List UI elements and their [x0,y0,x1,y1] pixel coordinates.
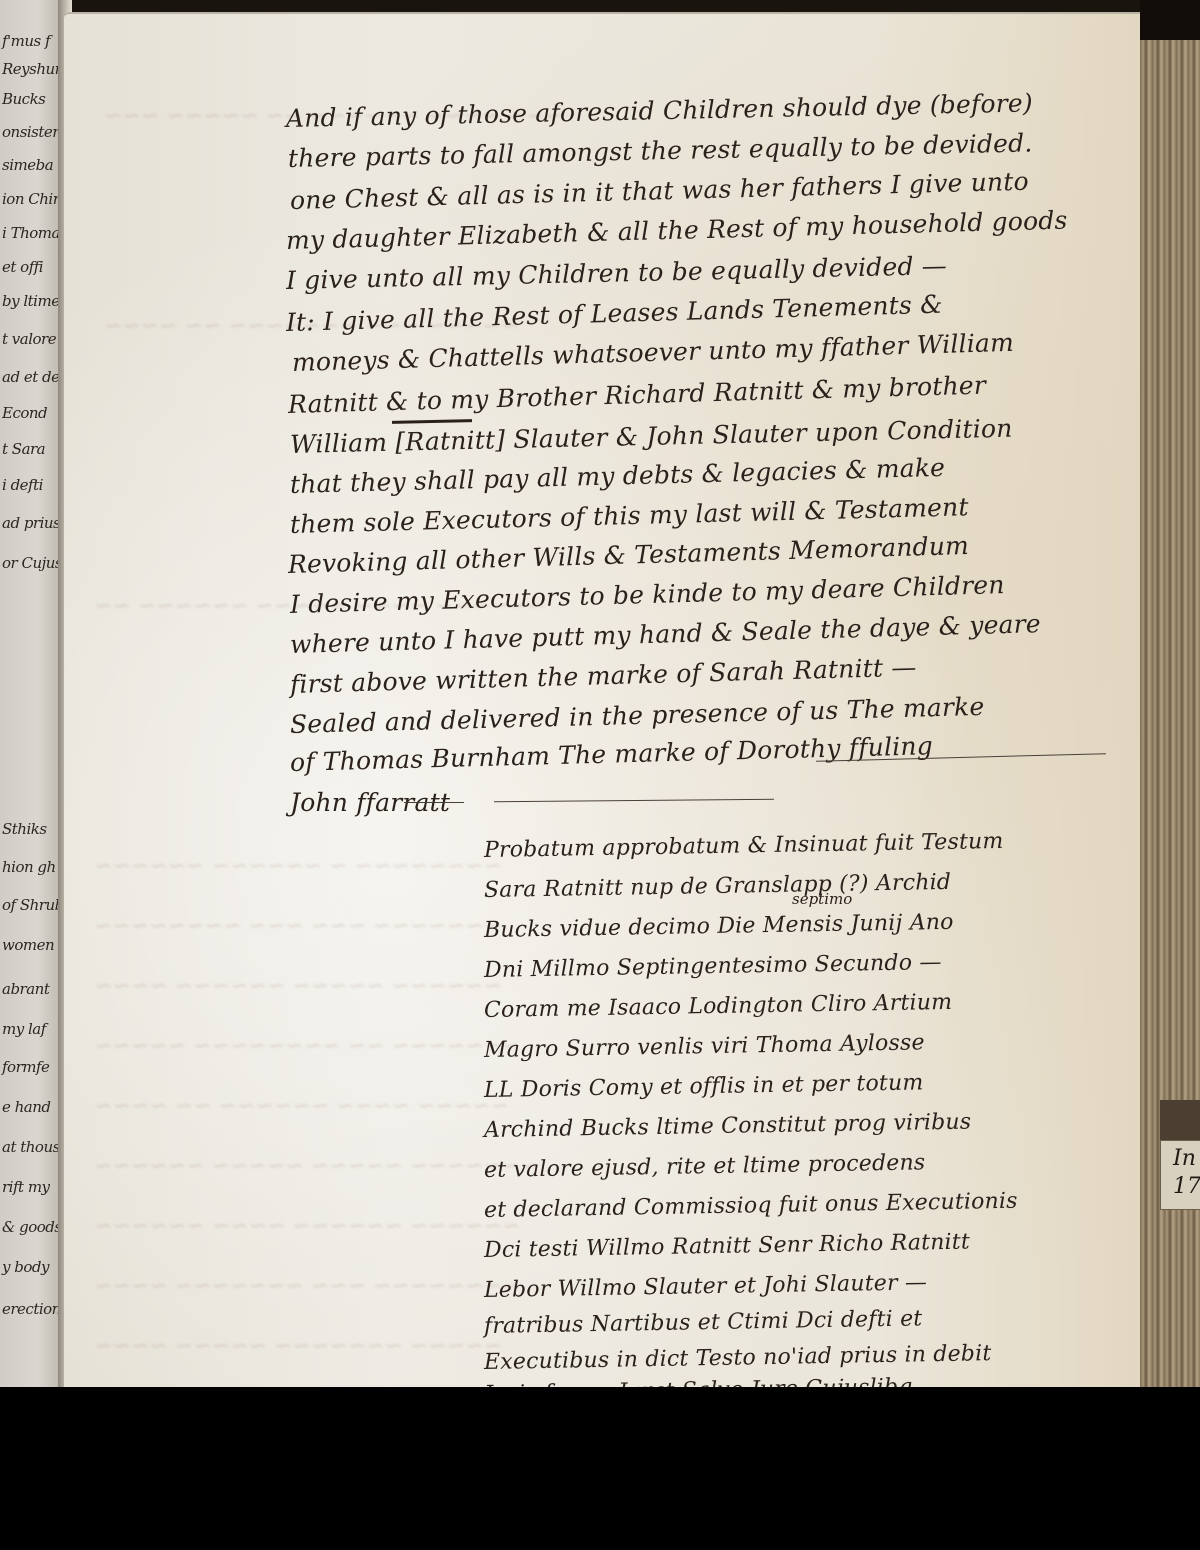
probate-line: et valore ejusd, rite et ltime procedens [484,1150,926,1183]
left-fragment: women [2,936,54,954]
will-line: first above written the marke of Sarah R… [290,653,917,699]
shelf-label-band [1160,1100,1200,1142]
probate-line: fratribus Nartibus et Ctimi Dci defti et [484,1306,923,1339]
interlinear-insertion: septimo [792,890,852,908]
left-fragment: my laf [2,1020,46,1038]
bleed-through-text: ~~~~~~~ ~~ ~~~~~~~~ ~~~~~ [94,1034,521,1059]
probate-line: Magro Surro venlis viri Thoma Aylosse [484,1030,925,1063]
left-fragment: ion Chin [2,190,62,208]
signature-rule [404,802,464,803]
bleed-through-text: ~~~~~~~ ~~~~~ ~~~~~ ~~~~~~ [94,1154,539,1179]
bleed-through-text: ~~~~~~~~ ~~~ ~~~~~~~ ~~~~ [94,1274,521,1299]
will-line: my daughter Elizabeth & all the Rest of … [286,206,1068,255]
will-line: It: I give all the Rest of Leases Lands … [286,290,943,337]
left-fragment: erection [2,1300,61,1318]
manuscript-page: ~~~ ~~~~ ~~~~~~ ~~ ~~~~~ ~~~ ~~~~~ ~~~ ~… [64,12,1144,1387]
left-fragment: i Thoma [2,224,60,242]
probate-line: LL Doris Comy et offlis in et per totum [484,1070,924,1103]
will-line: that they shall pay all my debts & legac… [290,453,946,499]
will-line: I give unto all my Children to be equall… [286,251,948,295]
left-fragment: y body [2,1258,49,1276]
left-fragment: abrant [2,980,49,998]
shelf-label-line2: 17 [1173,1173,1200,1201]
probate-line: Dci testi Willmo Ratnitt Senr Richo Ratn… [484,1230,970,1263]
probate-line: Dni Millmo Septingentesimo Secundo — [484,950,942,983]
probate-line: Lebor Willmo Slauter et Johi Slauter — [484,1270,928,1303]
left-fragment: ad prius [2,514,60,532]
left-fragment: onsisten [2,123,61,141]
left-page-edge: f'mus f Reyshum Bucks onsisten simeba io… [0,0,62,1387]
shelf-label-line1: In [1173,1145,1200,1173]
will-line: And if any of those aforesaid Children s… [286,88,1033,133]
bleed-through-text: ~~~~~~~ ~~~ ~~~ ~~~~~~~~ [94,914,502,939]
left-fragment: by ltime [2,292,60,310]
left-fragment: i defti [2,476,43,494]
probate-line: Executibus in dict Testo no'iad prius in… [484,1341,992,1375]
will-line: one Chest & all as is in it that was her… [290,167,1030,215]
bleed-through-text: ~~~~~~~~ ~ ~~~~~~ ~~~~~~ [94,854,502,879]
shadow-top-right [1140,0,1200,40]
left-fragment: simeba [2,156,53,174]
shelf-label: In 17 [1160,1140,1200,1210]
bleed-through-text: ~~~~~~ ~~~~~~ ~~~~ ~~~~~~ [94,1214,521,1239]
left-fragment: f'mus f [2,32,50,50]
will-line: there parts to fall amongst the rest equ… [288,128,1033,173]
will-line: of Thomas Burnham The marke of Dorothy f… [290,731,934,777]
probate-line: Sara Ratnitt nup de Granslapp (?) Archid [484,870,952,903]
probate-line: Coram me Isaaco Lodington Cliro Artium [484,990,953,1023]
will-line: them sole Executors of this my last will… [290,492,969,539]
left-fragment: or Cujus [2,554,62,572]
will-line: Revoking all other Wills & Testaments Me… [288,531,970,579]
probate-line: Juris forma Jurat Salvo Jure Cujuslibq [484,1375,913,1387]
left-fragment: Econd [2,404,47,422]
left-fragment: formfe [2,1058,49,1076]
probate-line: Archind Bucks ltime Constitut prog virib… [484,1109,972,1143]
left-fragment: e hand [2,1098,51,1116]
left-fragment: t Sara [2,440,45,458]
bleed-through-text: ~~~~~~ ~~~~~ ~~~~~~ ~~~~ [94,974,502,999]
separator-rule [494,799,774,802]
bleed-through-text: ~~~~~ ~~~~~~~ ~~~~~ ~~~~ [94,1334,502,1359]
left-fragment: Sthiks [2,820,47,838]
bleed-through-text: ~~~~~ ~~~~ ~~~~~~ ~~ ~~~~ [94,1094,509,1119]
left-fragment: rift my [2,1178,50,1196]
probate-line: et declarand Commissioq fuit onus Execut… [484,1189,1018,1223]
strike-through [392,419,472,424]
manuscript-photograph: f'mus f Reyshum Bucks onsisten simeba io… [0,0,1200,1387]
left-fragment: hion gh [2,858,56,876]
probate-line: Probatum approbatum & Insinuat fuit Test… [484,829,1004,863]
left-fragment: et offi [2,258,43,276]
left-fragment: at thous [2,1138,60,1156]
black-letterbox [0,1387,1200,1550]
left-fragment: & goods [2,1218,62,1236]
left-fragment: Bucks [2,90,45,108]
will-line: Ratnitt & to my Brother Richard Ratnitt … [288,371,987,419]
will-line: I desire my Executors to be kinde to my … [290,570,1005,619]
left-fragment: t valore [2,330,56,348]
probate-line: Bucks vidue decimo Die Mensis Junij Ano [484,910,954,943]
left-fragment: of Shrub [2,896,64,914]
